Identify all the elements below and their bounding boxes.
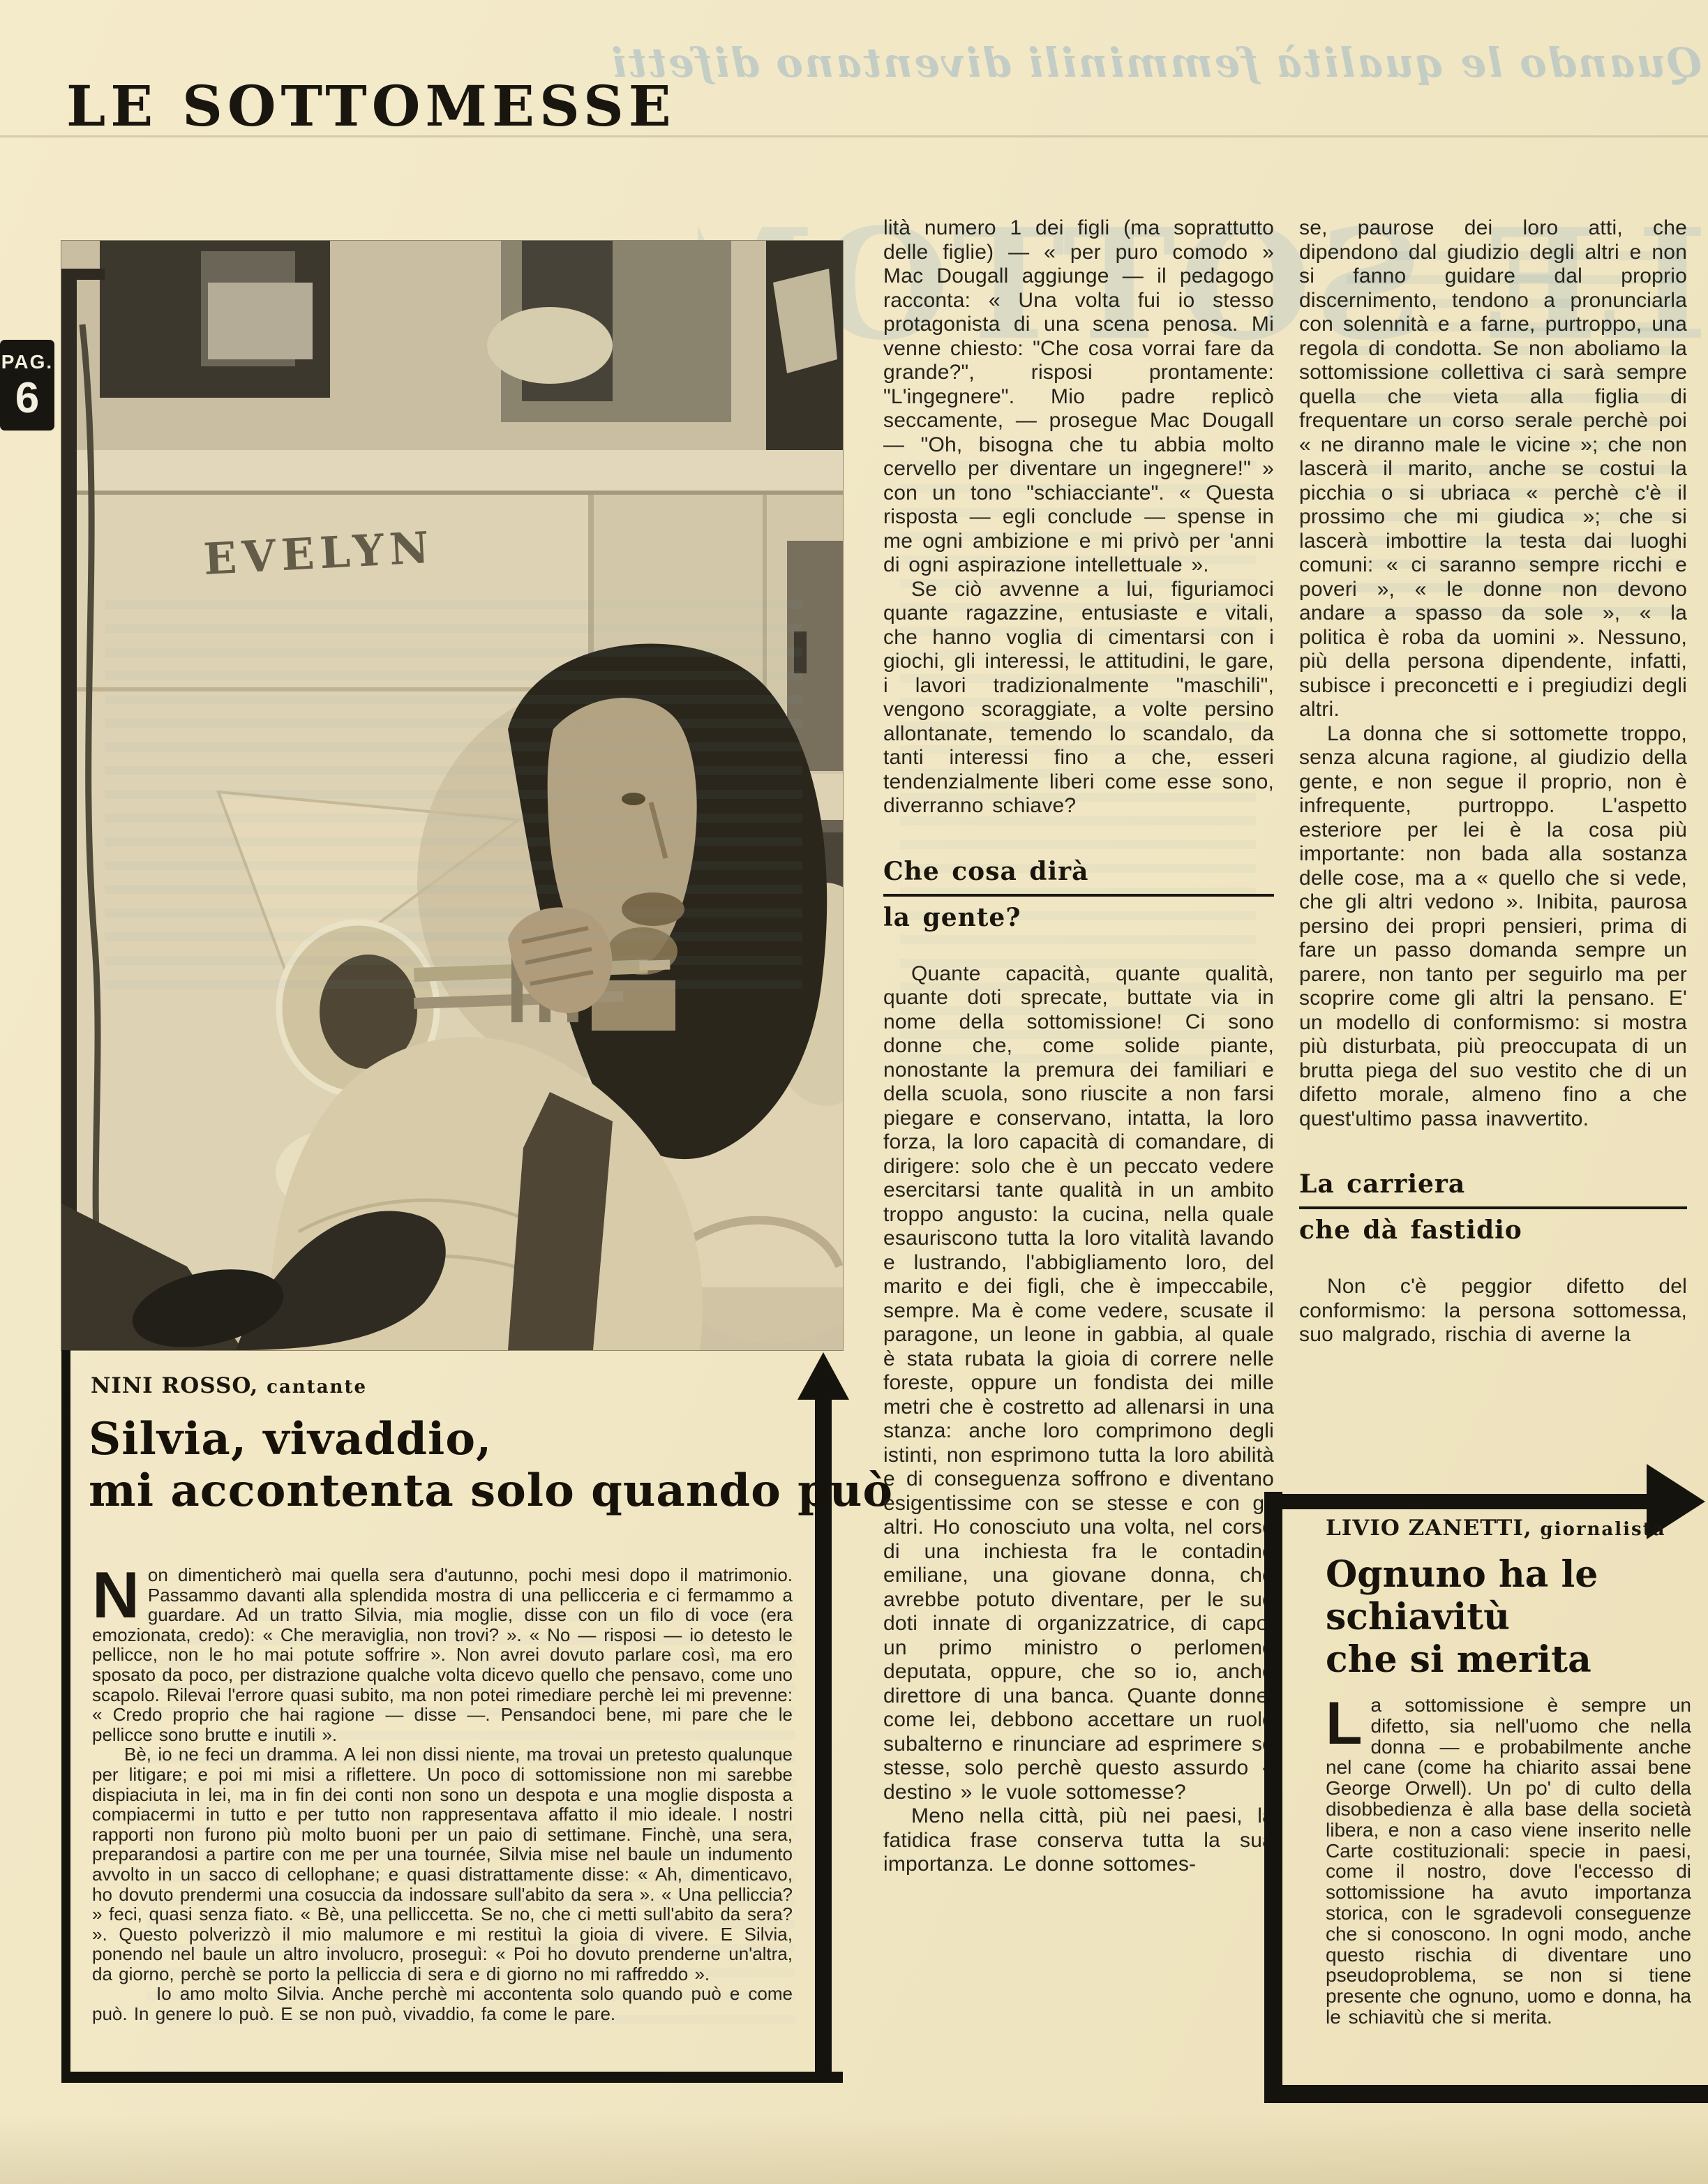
box-bottom-border	[1264, 2085, 1708, 2103]
headline-line: Ognuno ha le	[1326, 1553, 1691, 1596]
subhead-line: la gente?	[883, 897, 1274, 933]
right-column: se, paurose dei loro atti, che dipendono…	[1299, 216, 1687, 1472]
box-left-border	[1264, 1492, 1282, 2103]
page-number-badge: PAG. 6	[0, 340, 54, 431]
paragraph: se, paurose dei loro atti, che dipendono…	[1299, 216, 1687, 722]
paragraph: Meno nella città, più nei paesi, la fati…	[883, 1804, 1274, 1877]
box-article-body: La sottomissione è sempre un difetto, si…	[1326, 1695, 1691, 2028]
paragraph: lità numero 1 dei figli (ma soprattutto …	[883, 216, 1274, 578]
kicker-role: cantante	[267, 1377, 367, 1398]
page-bottom-shadow	[0, 2114, 1708, 2184]
kicker-role: giornalista	[1540, 1519, 1665, 1540]
headline-line: mi accontenta solo quando può	[89, 1465, 893, 1517]
kicker-name: LIVIO ZANETTI,	[1326, 1516, 1532, 1541]
ghost-strapline-text: Quando le qualità femminili diventano di…	[642, 31, 1702, 95]
page-number: 6	[0, 376, 54, 421]
middle-column: lità numero 1 dei figli (ma soprattutto …	[883, 216, 1274, 2116]
paragraph: Non c'è peggior difetto del conformismo:…	[1299, 1275, 1687, 1347]
subhead-che-cosa-dira: Che cosa dirà la gente?	[883, 856, 1274, 933]
headline-line: che si merita	[1326, 1638, 1691, 1681]
paragraph: La donna che si sottomette troppo, senza…	[1299, 722, 1687, 1132]
paragraph: Non dimenticherò mai quella sera d'autun…	[92, 1565, 793, 1744]
page-number-label: PAG.	[0, 348, 54, 376]
subhead-line: che dà fastidio	[1299, 1209, 1687, 1246]
drop-cap: L	[1326, 1698, 1363, 1749]
box-article-headline: Ognuno ha le schiavitù che si merita	[1326, 1553, 1691, 1681]
right-arrow-icon	[1278, 1494, 1651, 1509]
paragraph: La sottomissione è sempre un difetto, si…	[1326, 1695, 1691, 2028]
subhead-la-carriera: La carriera che dà fastidio	[1299, 1169, 1687, 1246]
subhead-line: Che cosa dirà	[883, 856, 1274, 897]
left-article-headline: Silvia, vivaddio, mi accontenta solo qua…	[89, 1414, 893, 1517]
up-arrow-icon	[797, 1352, 849, 1400]
left-article-body: Non dimenticherò mai quella sera d'autun…	[92, 1565, 793, 2062]
article-photo: EVELYN	[61, 241, 843, 1350]
magazine-page: Quando le qualità femminili diventano di…	[0, 0, 1708, 2184]
box-article: LIVIO ZANETTI, giornalista Ognuno ha le …	[1326, 1516, 1691, 2074]
paragraph: Quante capacità, quante qualità, quante …	[883, 962, 1274, 1805]
box-article-kicker: LIVIO ZANETTI, giornalista	[1326, 1516, 1691, 1542]
headline-line: schiavitù	[1326, 1596, 1691, 1638]
headline-line: Silvia, vivaddio,	[89, 1414, 893, 1465]
drop-cap: N	[92, 1568, 140, 1622]
kicker-name: NINI ROSSO,	[91, 1373, 258, 1398]
paragraph: Io amo molto Silvia. Anche perchè mi acc…	[92, 1984, 793, 2024]
paragraph: Se ciò avvenne a lui, figuriamoci quante…	[883, 578, 1274, 818]
paragraph: Bè, io ne feci un dramma. A lei non diss…	[92, 1744, 793, 1984]
page-title: LE SOTTOMESSE	[66, 73, 676, 140]
subhead-line: La carriera	[1299, 1169, 1687, 1209]
left-article-kicker: NINI ROSSO, cantante	[91, 1373, 367, 1400]
